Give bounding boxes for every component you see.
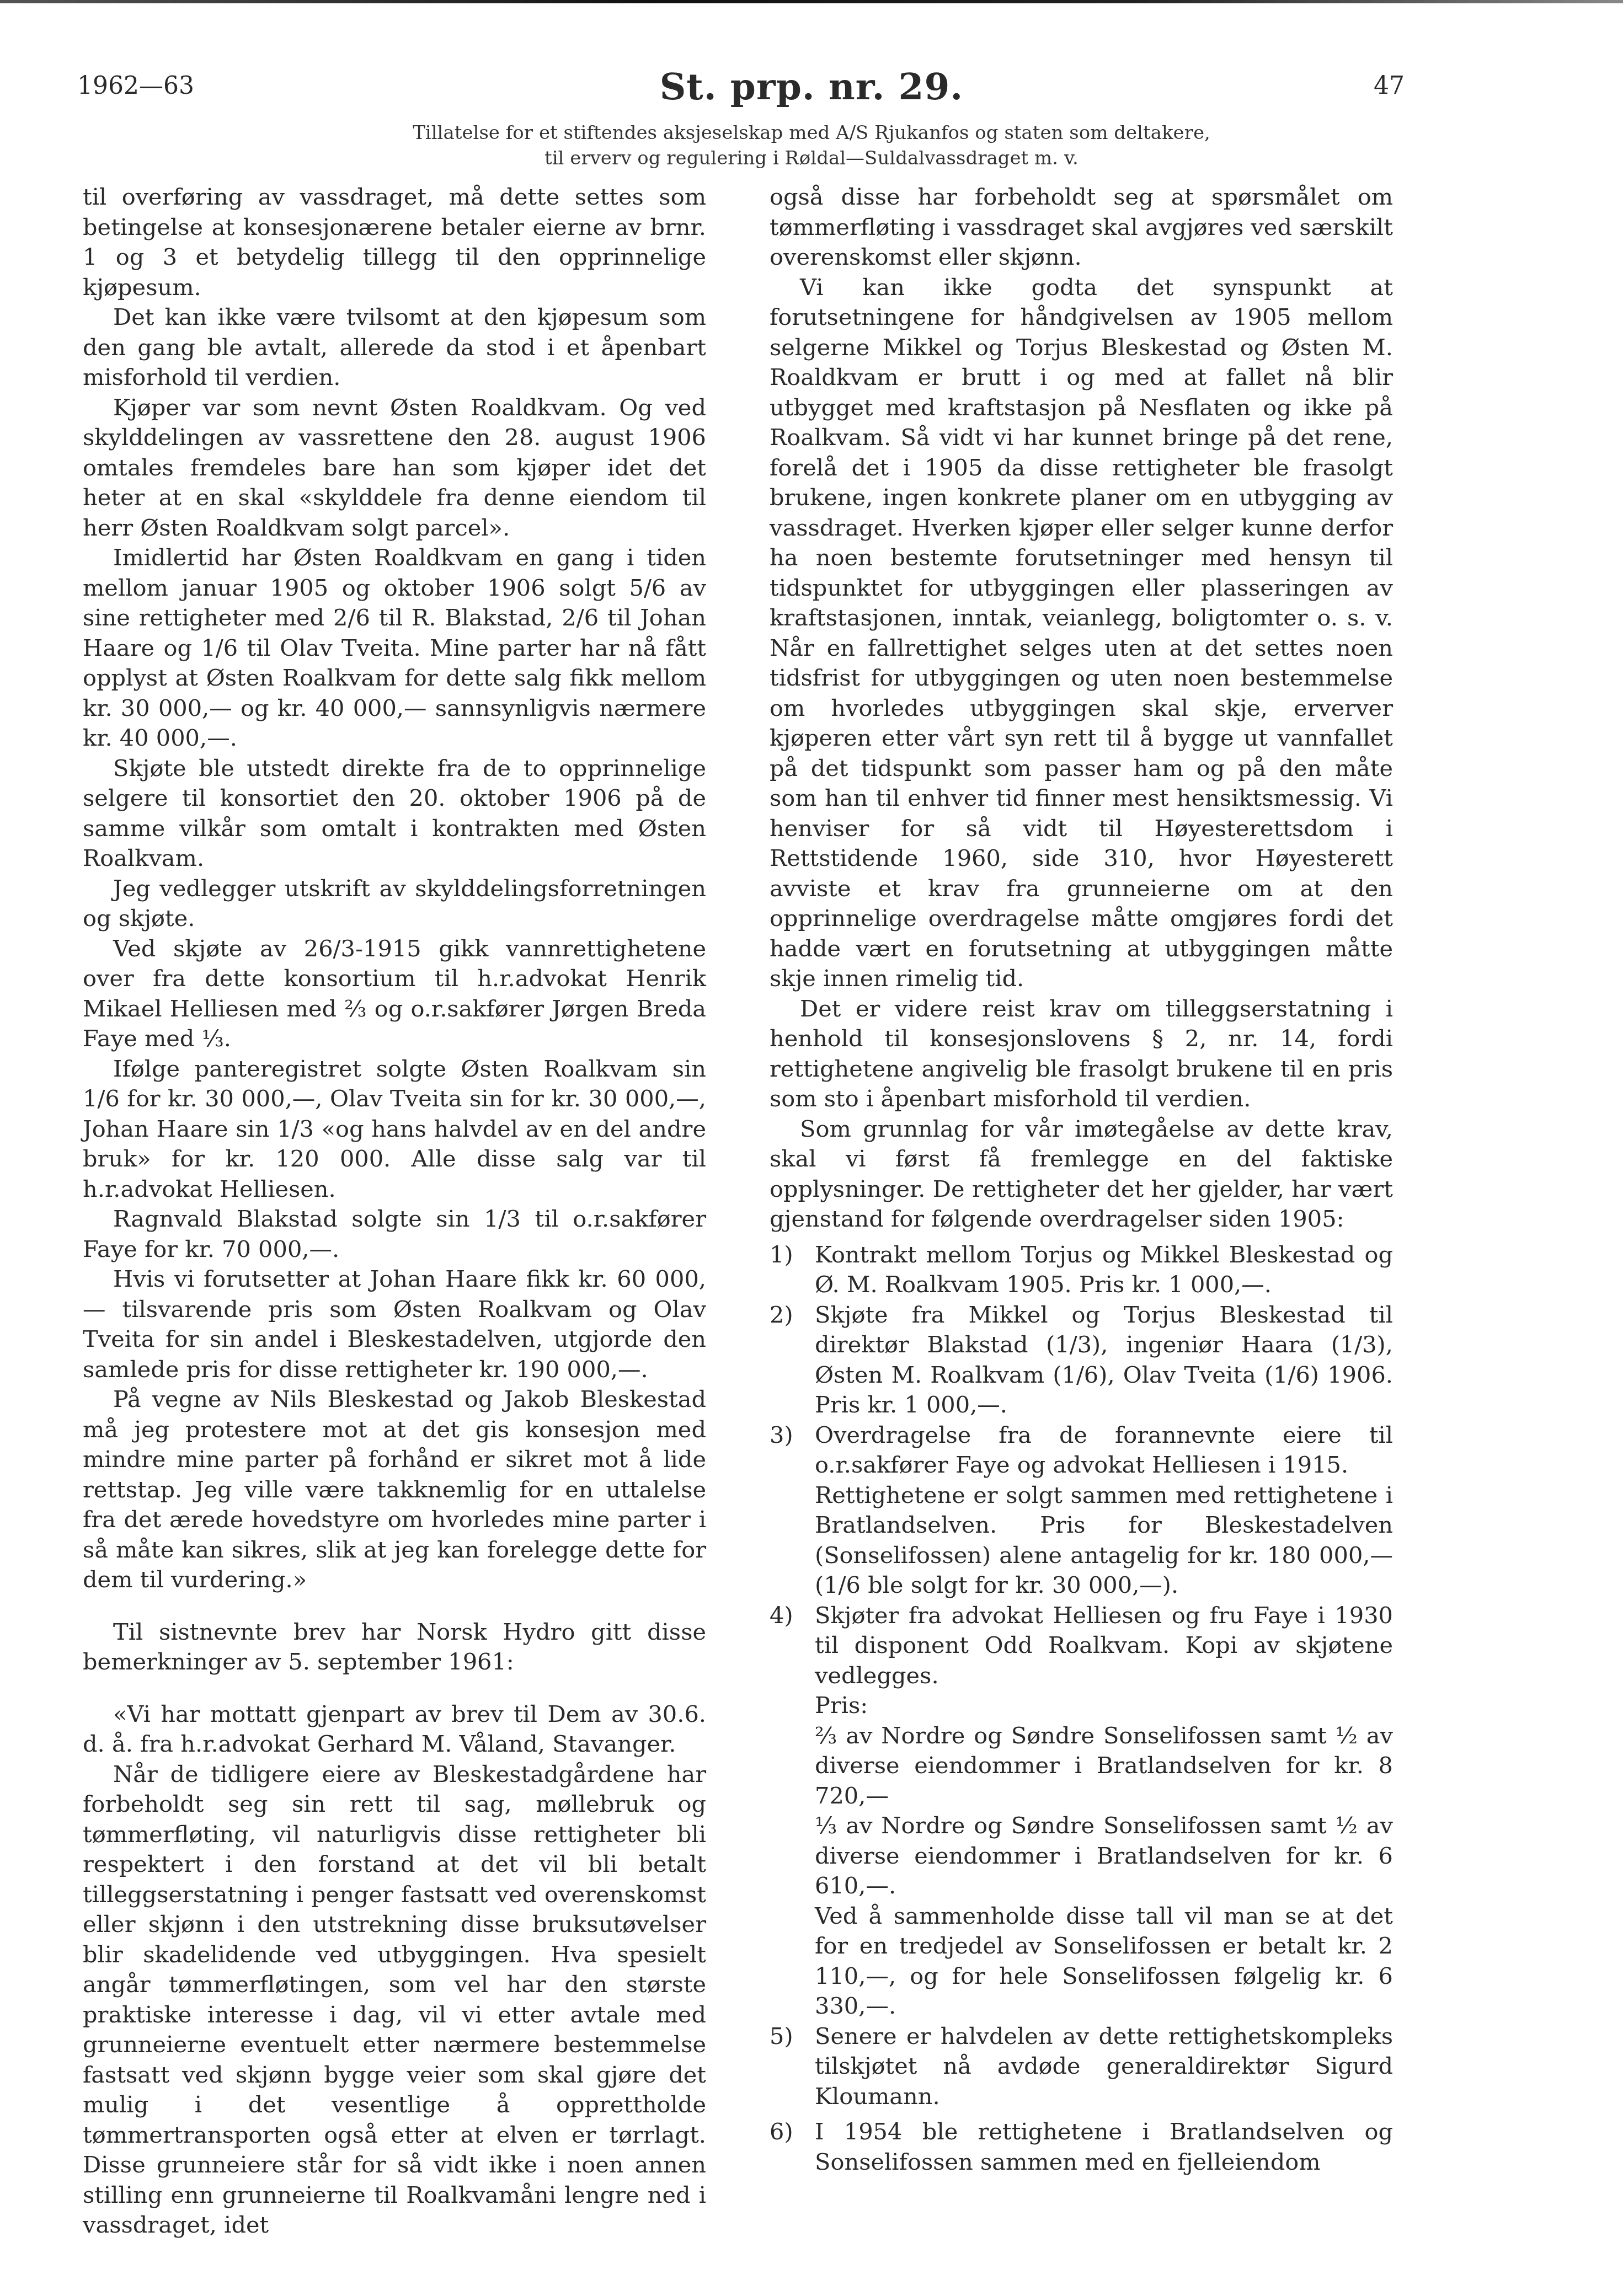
paragraph: til overføring av vassdraget, må dette s… [83,182,706,302]
paragraph: Ved skjøte av 26/3-1915 gikk vannrettigh… [83,934,706,1054]
list-text: Ved å sammenholde disse tall vil man se … [815,1901,1393,2021]
scan-top-edge [0,0,1623,3]
paragraph: Når de tidligere eiere av Bleskestadgård… [83,1759,706,2240]
list-text: Skjøter fra advokat Helliesen og fru Fay… [815,1601,1393,1691]
paragraph: Skjøte ble utstedt direkte fra de to opp… [83,753,706,874]
paragraph: Som grunnlag for vår imøtegåelse av dett… [770,1114,1393,1234]
paragraph: Det er videre reist krav om tilleggserst… [770,994,1393,1114]
list-text: ⅓ av Nordre og Søndre Sonselifossen samt… [815,1811,1393,1901]
list-item: 2) Skjøte fra Mikkel og Torjus Bleskesta… [770,1300,1393,1420]
list-text: Senere er halvdelen av dette rettighetsk… [815,2021,1393,2112]
subtitle-line-1: Tillatelse for et stiftendes aksjeselska… [0,120,1623,146]
list-item: 5) Senere er halvdelen av dette rettighe… [770,2021,1393,2112]
list-text: Kontrakt mellom Torjus og Mikkel Bleskes… [815,1240,1393,1300]
list-number: 5) [770,2021,793,2052]
list-text: Rettighetene er solgt sammen med rettigh… [815,1480,1393,1601]
list-number: 3) [770,1420,793,1451]
paragraph: Ragnvald Blakstad solgte sin 1/3 til o.r… [83,1204,706,1264]
list-number: 6) [770,2117,793,2147]
page-number: 47 [1374,72,1405,100]
paragraph: Kjøper var som nevnt Østen Roaldkvam. Og… [83,393,706,543]
right-column: også disse har forbeholdt seg at spørsmå… [770,182,1393,2177]
list-text: I 1954 ble rettighetene i Bratlandselven… [815,2117,1393,2177]
list-item: 4) Skjøter fra advokat Helliesen og fru … [770,1601,1393,2021]
paragraph: Til sistnevnte brev har Norsk Hydro gitt… [83,1617,706,1677]
paragraph: Hvis vi forutsetter at Johan Haare fikk … [83,1264,706,1384]
list-text: Skjøte fra Mikkel og Torjus Bleskestad t… [815,1300,1393,1420]
running-subtitle: Tillatelse for et stiftendes aksjeselska… [0,120,1623,171]
list-item: 3) Overdragelse fra de forannevnte eiere… [770,1420,1393,1601]
left-column: til overføring av vassdraget, må dette s… [83,182,706,2240]
paragraph: «Vi har mottatt gjenpart av brev til Dem… [83,1699,706,1759]
paragraph: Imidlertid har Østen Roaldkvam en gang i… [83,543,706,753]
list-number: 2) [770,1300,793,1330]
list-text: Pris: [815,1690,1393,1721]
list-number: 1) [770,1240,793,1270]
paragraph: Ifølge panteregistret solgte Østen Roalk… [83,1054,706,1205]
subtitle-line-2: til erverv og regulering i Røldal—Suldal… [0,146,1623,171]
list-text: Overdragelse fra de forannevnte eiere ti… [815,1420,1393,1480]
paragraph: også disse har forbeholdt seg at spørsmå… [770,182,1393,272]
paragraph: På vegne av Nils Bleskestad og Jakob Ble… [83,1384,706,1595]
list-item: 6) I 1954 ble rettighetene i Bratlandsel… [770,2117,1393,2177]
paragraph: Det kan ikke være tvilsomt at den kjøpes… [83,302,706,393]
list-item: 1) Kontrakt mellom Torjus og Mikkel Bles… [770,1240,1393,1300]
list-number: 4) [770,1601,793,1631]
paragraph: Vi kan ikke godta det synspunkt at forut… [770,272,1393,994]
list-text: ⅔ av Nordre og Søndre Sonselifossen samt… [815,1721,1393,1811]
paragraph: Jeg vedlegger utskrift av skylddelingsfo… [83,874,706,934]
